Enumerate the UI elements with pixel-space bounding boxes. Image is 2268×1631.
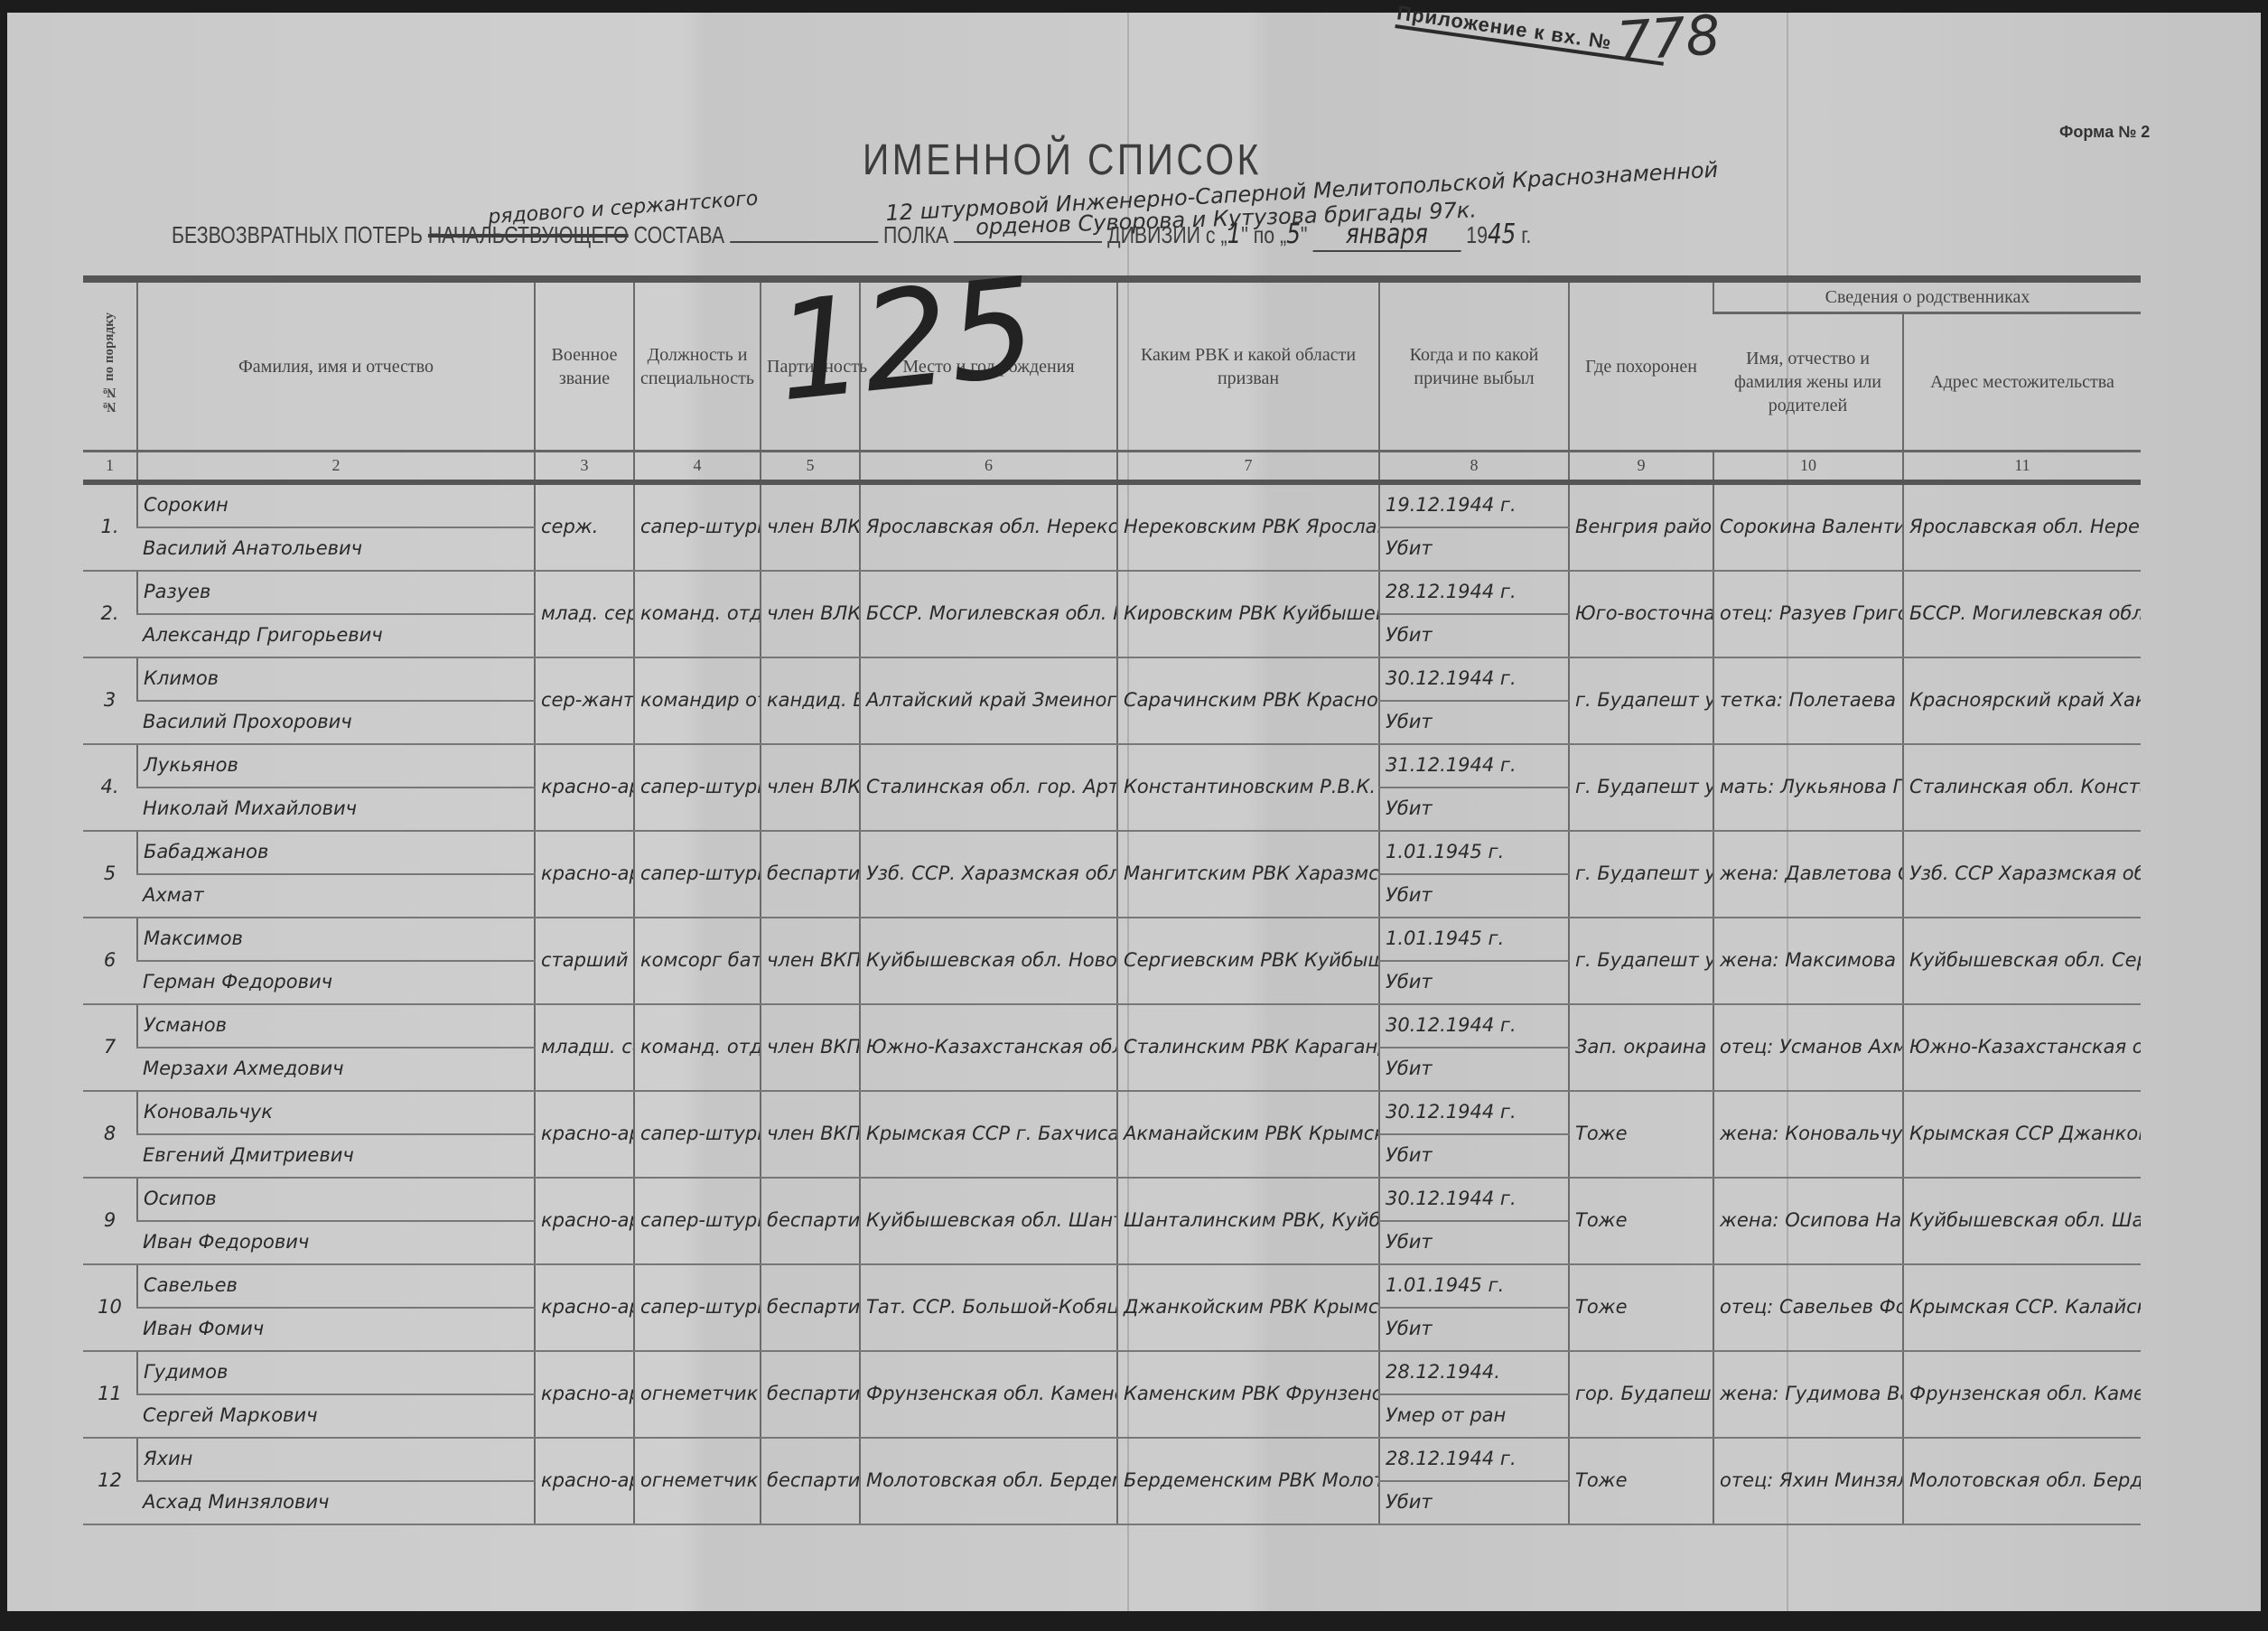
date-left: 19.12.1944 г. xyxy=(1379,482,1569,527)
birth-place: Куйбышевская обл. Шанталинский р-н дер. … xyxy=(860,1178,1117,1264)
birth-place: Сталинская обл. гор. Артемовск 1926 г. xyxy=(860,744,1117,831)
col-header-when: Когда и по какой причине выбыл xyxy=(1379,279,1569,452)
given-names: Герман Федорович xyxy=(137,961,535,1004)
relative-address: Узб. ССР Харазмская обл. Мангитский р-н,… xyxy=(1903,831,2141,918)
relative-name: отец: Савельев Фома Иванович xyxy=(1713,1264,1903,1351)
birth-place: Южно-Казахстанская обл. с. Манкент 1925 … xyxy=(860,1004,1117,1091)
burial-place: Тоже xyxy=(1569,1438,1713,1524)
burial-place: Тоже xyxy=(1569,1264,1713,1351)
rank: красно-армеец xyxy=(535,1351,634,1438)
position: комсорг батальона xyxy=(634,918,761,1004)
surname: Лукьянов xyxy=(137,744,535,788)
col-number: 4 xyxy=(634,452,761,483)
relative-name: жена: Максимова Татьяна Антиповна xyxy=(1713,918,1903,1004)
given-names: Василий Анатольевич xyxy=(137,527,535,571)
date-left: 30.12.1944 г. xyxy=(1379,1004,1569,1048)
col-header-name: Фамилия, имя и отчество xyxy=(137,279,535,452)
col-header-number: №№ по порядку xyxy=(83,279,137,452)
surname: Климов xyxy=(137,657,535,701)
cause: Убит xyxy=(1379,1221,1569,1264)
col-header-rank: Военное звание xyxy=(535,279,634,452)
row-number: 5 xyxy=(83,831,137,918)
subtitle-sostava: СОСТАВА xyxy=(634,221,724,248)
col-header-buried: Где похоронен xyxy=(1569,279,1713,452)
row-number: 8 xyxy=(83,1091,137,1178)
given-names: Николай Михайлович xyxy=(137,788,535,831)
surname: Разуев xyxy=(137,571,535,614)
col-number: 5 xyxy=(761,452,860,483)
struck-word: НАЧАЛЬСТВУЮЩЕГО xyxy=(428,221,629,248)
party: член ВКП(б) xyxy=(761,918,860,1004)
position: сапер-штурмов. xyxy=(634,1091,761,1178)
given-names: Мерзахи Ахмедович xyxy=(137,1048,535,1091)
col-number: 10 xyxy=(1713,452,1903,483)
burial-place: г. Будапешт ул. Зугмигети №12 xyxy=(1569,918,1713,1004)
surname: Савельев xyxy=(137,1264,535,1308)
date-left: 1.01.1945 г. xyxy=(1379,918,1569,961)
rank: красно-армеец xyxy=(535,1091,634,1178)
rvk: Кировским РВК Куйбышевской обл. xyxy=(1117,571,1379,657)
relative-address: Сталинская обл. Константиновский р-н Дум… xyxy=(1903,744,2141,831)
rvk: Бердеменским РВК Молотовской обл. xyxy=(1117,1438,1379,1524)
date-month: января xyxy=(1312,219,1461,252)
table-row: 2.Разуевмлад. серж.команд. отделен.член … xyxy=(83,571,2141,614)
table-row: 8Коновальчуккрасно-армеецсапер-штурмов.ч… xyxy=(83,1091,2141,1134)
surname: Максимов xyxy=(137,918,535,961)
cause: Убит xyxy=(1379,614,1569,657)
row-number: 1. xyxy=(83,482,137,571)
relative-name: мать: Лукьянова Графина Никитична xyxy=(1713,744,1903,831)
date-left: 28.12.1944 г. xyxy=(1379,571,1569,614)
date-left: 30.12.1944 г. xyxy=(1379,657,1569,701)
row-number: 11 xyxy=(83,1351,137,1438)
burial-place: Тоже xyxy=(1569,1178,1713,1264)
rvk: Мангитским РВК Харазмской обл. xyxy=(1117,831,1379,918)
row-number: 2. xyxy=(83,571,137,657)
relative-name: отец: Яхин Минзялм xyxy=(1713,1438,1903,1524)
year-g: г. xyxy=(1521,221,1531,248)
subtitle-po: по xyxy=(1254,221,1274,248)
given-names: Ахмат xyxy=(137,874,535,918)
rvk: Сарачинским РВК Красноярского края xyxy=(1117,657,1379,744)
relative-name: жена: Осипова Наталья Семеновна xyxy=(1713,1178,1903,1264)
relative-name: тетка: Полетаева Пелагея Фоминична xyxy=(1713,657,1903,744)
burial-place: Юго-восточная окраина г. Будапешт xyxy=(1569,571,1713,657)
rank: красно-армеец xyxy=(535,1438,634,1524)
col-number: 1 xyxy=(83,452,137,483)
surname: Осипов xyxy=(137,1178,535,1221)
date-left: 1.01.1945 г. xyxy=(1379,831,1569,874)
relative-address: Куйбышевская обл. Шанталинский р-н дер. … xyxy=(1903,1178,2141,1264)
date-left: 30.12.1944 г. xyxy=(1379,1091,1569,1134)
position: сапер-штурмов. xyxy=(634,1264,761,1351)
given-names: Асхад Минзялович xyxy=(137,1481,535,1524)
blank-field xyxy=(954,241,1102,243)
rank: красно-армеец xyxy=(535,1264,634,1351)
position: огнеметчик xyxy=(634,1351,761,1438)
cause: Убит xyxy=(1379,874,1569,918)
col-number: 9 xyxy=(1569,452,1713,483)
date-left: 30.12.1944 г. xyxy=(1379,1178,1569,1221)
given-names: Иван Федорович xyxy=(137,1221,535,1264)
casualty-table: №№ по порядку Фамилия, имя и отчество Во… xyxy=(83,275,2141,1525)
margin-mark: 125 xyxy=(770,249,1043,433)
row-number: 6 xyxy=(83,918,137,1004)
party: беспартийный xyxy=(761,1351,860,1438)
position: сапер-штурмов. xyxy=(634,482,761,571)
row-number: 9 xyxy=(83,1178,137,1264)
position: сапер-штурмов. xyxy=(634,831,761,918)
position: команд. отделен. xyxy=(634,571,761,657)
burial-place: г. Будапешт ул. Зугмигети №12 xyxy=(1569,831,1713,918)
position: командир отделения xyxy=(634,657,761,744)
cause: Убит xyxy=(1379,788,1569,831)
surname: Яхин xyxy=(137,1438,535,1481)
position: сапер-штурмов. xyxy=(634,1178,761,1264)
rank: красно-армеец xyxy=(535,831,634,918)
row-number: 4. xyxy=(83,744,137,831)
table-row: 6Максимовстарший сержанткомсорг батальон… xyxy=(83,918,2141,961)
rank: сер-жант xyxy=(535,657,634,744)
birth-place: Тат. ССР. Большой-Кобяцкий район дер. На… xyxy=(860,1264,1117,1351)
burial-place: Зап. окраина г. Будапешт ул. Торогато 60… xyxy=(1569,1004,1713,1091)
rvk: Акманайским РВК Крымской ССР xyxy=(1117,1091,1379,1178)
relative-name: Сорокина Валентина Павловна xyxy=(1713,482,1903,571)
col-number: 8 xyxy=(1379,452,1569,483)
party: беспартийный xyxy=(761,1264,860,1351)
rank: красно-армеец xyxy=(535,1178,634,1264)
incoming-number: 778 xyxy=(1615,4,1722,74)
table-row: 3Климовсер-жанткомандир отделениякандид.… xyxy=(83,657,2141,701)
row-number: 12 xyxy=(83,1438,137,1524)
cause: Убит xyxy=(1379,701,1569,744)
form-number: Форма № 2 xyxy=(2059,123,2150,142)
relative-address: Южно-Казахстанская обл. Сайрамский р-н с… xyxy=(1903,1004,2141,1091)
surname: Гудимов xyxy=(137,1351,535,1394)
col-header-relative: Имя, отчество и фамилия жены или родител… xyxy=(1713,313,1903,452)
given-names: Сергей Маркович xyxy=(137,1394,535,1438)
surname: Усманов xyxy=(137,1004,535,1048)
rvk: Джанкойским РВК Крымской ССР. xyxy=(1117,1264,1379,1351)
position: огнеметчик xyxy=(634,1438,761,1524)
burial-place: Тоже xyxy=(1569,1091,1713,1178)
relative-name: отец: Разуев Григорий Никитович xyxy=(1713,571,1903,657)
year-suffix: 45 xyxy=(1488,219,1516,250)
table-row: 11Гудимовкрасно-армеецогнеметчикбеспарти… xyxy=(83,1351,2141,1394)
birth-place: Узб. ССР. Харазмская обл. Мангитский р-н… xyxy=(860,831,1117,918)
rank: младш. сержант xyxy=(535,1004,634,1091)
col-header-address: Адрес местожительства xyxy=(1903,313,2141,452)
rvk: Сталинским РВК Карагандинской обл. xyxy=(1117,1004,1379,1091)
given-names: Василий Прохорович xyxy=(137,701,535,744)
col-number: 3 xyxy=(535,452,634,483)
party: беспартийный xyxy=(761,1438,860,1524)
rank: серж. xyxy=(535,482,634,571)
party: член ВЛКСМ xyxy=(761,744,860,831)
party: кандид. ВКП(б) xyxy=(761,657,860,744)
relative-address: Красноярский край Хакасская авт. обл. Са… xyxy=(1903,657,2141,744)
surname: Бабаджанов xyxy=(137,831,535,874)
relative-name: жена: Коновальчук Анна Ульяновна xyxy=(1713,1091,1903,1178)
table-row: 5Бабаджановкрасно-армеецсапер-штурмов.бе… xyxy=(83,831,2141,874)
date-from: 1 xyxy=(1227,219,1242,250)
date-left: 1.01.1945 г. xyxy=(1379,1264,1569,1308)
relative-address: Молотовская обл. Бердеменский р-н Бигури… xyxy=(1903,1438,2141,1524)
table-row: 10Савельевкрасно-армеецсапер-штурмов.бес… xyxy=(83,1264,2141,1308)
date-left: 28.12.1944 г. xyxy=(1379,1438,1569,1481)
position: команд. отделения xyxy=(634,1004,761,1091)
cause: Убит xyxy=(1379,1048,1569,1091)
col-header-relatives-group: Сведения о родственниках xyxy=(1713,279,2141,313)
party: член ВЛКСМ xyxy=(761,571,860,657)
surname: Сорокин xyxy=(137,482,535,527)
rvk: Сергиевским РВК Куйбышевской обл. xyxy=(1117,918,1379,1004)
given-names: Александр Григорьевич xyxy=(137,614,535,657)
blank-field xyxy=(730,241,878,243)
cause: Убит xyxy=(1379,527,1569,571)
party: член ВКП(б) xyxy=(761,1004,860,1091)
birth-place: БССР. Могилевская обл. Кричевский район … xyxy=(860,571,1117,657)
burial-place: г. Будапешт ул. Зугмигети №12 xyxy=(1569,657,1713,744)
birth-place: Крымская ССР г. Бахчисарай 1908 г. xyxy=(860,1091,1117,1178)
table-row: 9Осиповкрасно-армеецсапер-штурмов.беспар… xyxy=(83,1178,2141,1221)
date-left: 31.12.1944 г. xyxy=(1379,744,1569,788)
col-number: 7 xyxy=(1117,452,1379,483)
rank: старший сержант xyxy=(535,918,634,1004)
col-number: 6 xyxy=(860,452,1117,483)
birth-place: Молотовская обл. Бердеменский р-н Бигури… xyxy=(860,1438,1117,1524)
cause: Убит xyxy=(1379,1308,1569,1351)
birth-place: Куйбышевская обл. Ново-Малокшимовский р-… xyxy=(860,918,1117,1004)
cause: Убит xyxy=(1379,961,1569,1004)
row-number: 7 xyxy=(83,1004,137,1091)
given-names: Иван Фомич xyxy=(137,1308,535,1351)
rvk: Нерековским РВК Ярославской обл. xyxy=(1117,482,1379,571)
date-to: 5 xyxy=(1286,219,1301,250)
party: беспартийный xyxy=(761,1178,860,1264)
relative-address: Крымская ССР Джанкойский р-н с. Констант… xyxy=(1903,1091,2141,1178)
table-row: 4.Лукьяновкрасно-армеецсапер-штурмов.чле… xyxy=(83,744,2141,788)
relative-name: жена: Давлетова Огля xyxy=(1713,831,1903,918)
birth-place: Фрунзенская обл. Каменский район, с. Бун… xyxy=(860,1351,1117,1438)
table-row: 1.Сорокинсерж.сапер-штурмов.член ВЛКСМЯр… xyxy=(83,482,2141,527)
col-number: 2 xyxy=(137,452,535,483)
cause: Убит xyxy=(1379,1481,1569,1524)
subtitle-divizii: ДИВИЗИИ с xyxy=(1107,221,1215,248)
row-number: 10 xyxy=(83,1264,137,1351)
relative-name: отец: Усманов Ахмед xyxy=(1713,1004,1903,1091)
birth-place: Алтайский край Змеиногорский р-н староал… xyxy=(860,657,1117,744)
given-names: Евгений Дмитриевич xyxy=(137,1134,535,1178)
relative-address: Ярославская обл. Нерековский район дер. … xyxy=(1903,482,2141,571)
row-number: 3 xyxy=(83,657,137,744)
burial-place: г. Будапешт ул. Зугмигети №12 xyxy=(1569,744,1713,831)
surname: Коновальчук xyxy=(137,1091,535,1134)
rvk: Шанталинским РВК, Куйбышевской обл. xyxy=(1117,1178,1379,1264)
rank: красно-армеец xyxy=(535,744,634,831)
col-header-position: Должность и специальность xyxy=(634,279,761,452)
party: член ВЛКСМ xyxy=(761,482,860,571)
cause: Умер от ран xyxy=(1379,1394,1569,1438)
subtitle-line: БЕЗВОЗВРАТНЫХ ПОТЕРЬ НАЧАЛЬСТВУЮЩЕГО СОС… xyxy=(172,219,1531,252)
rank: млад. серж. xyxy=(535,571,634,657)
year-prefix: 19 xyxy=(1466,221,1488,248)
table-row: 7Усмановмладш. сержанткоманд. отделенияч… xyxy=(83,1004,2141,1048)
burial-place: Венгрия район Сел. Шерегельеш 2 км южнее… xyxy=(1569,482,1713,571)
position: сапер-штурмов. xyxy=(634,744,761,831)
birth-place: Ярославская обл. Нерековский район дер. … xyxy=(860,482,1117,571)
col-number: 11 xyxy=(1903,452,2141,483)
cause: Убит xyxy=(1379,1134,1569,1178)
relative-address: Куйбышевская обл. Сергиевский р-н С. Кан… xyxy=(1903,918,2141,1004)
rvk: Константиновским Р.В.К. Сталинской облас… xyxy=(1117,744,1379,831)
page-title: ИМЕННОЙ СПИСОК xyxy=(863,135,1262,185)
rvk: Каменским РВК Фрунзенской обл. xyxy=(1117,1351,1379,1438)
relative-address: БССР. Могилевская обл. Кричевский район … xyxy=(1903,571,2141,657)
subtitle-polka: ПОЛКА xyxy=(883,221,948,248)
party: член ВКП(б) xyxy=(761,1091,860,1178)
table-row: 12Яхинкрасно-армеецогнеметчикбеспартийны… xyxy=(83,1438,2141,1481)
relative-address: Крымская ССР. Калайский район дер. Чуга xyxy=(1903,1264,2141,1351)
relative-address: Фрунзенская обл. Каменский район. Село Б… xyxy=(1903,1351,2141,1438)
date-left: 28.12.1944. xyxy=(1379,1351,1569,1394)
relative-name: жена: Гудимова Варвара Федосеевна xyxy=(1713,1351,1903,1438)
burial-place: гор. Будапешт ул. Волкман xyxy=(1569,1351,1713,1438)
col-header-rvk: Каким РВК и какой области призван xyxy=(1117,279,1379,452)
party: беспартийный xyxy=(761,831,860,918)
subtitle-prefix: БЕЗВОЗВРАТНЫХ ПОТЕРЬ xyxy=(172,221,423,248)
